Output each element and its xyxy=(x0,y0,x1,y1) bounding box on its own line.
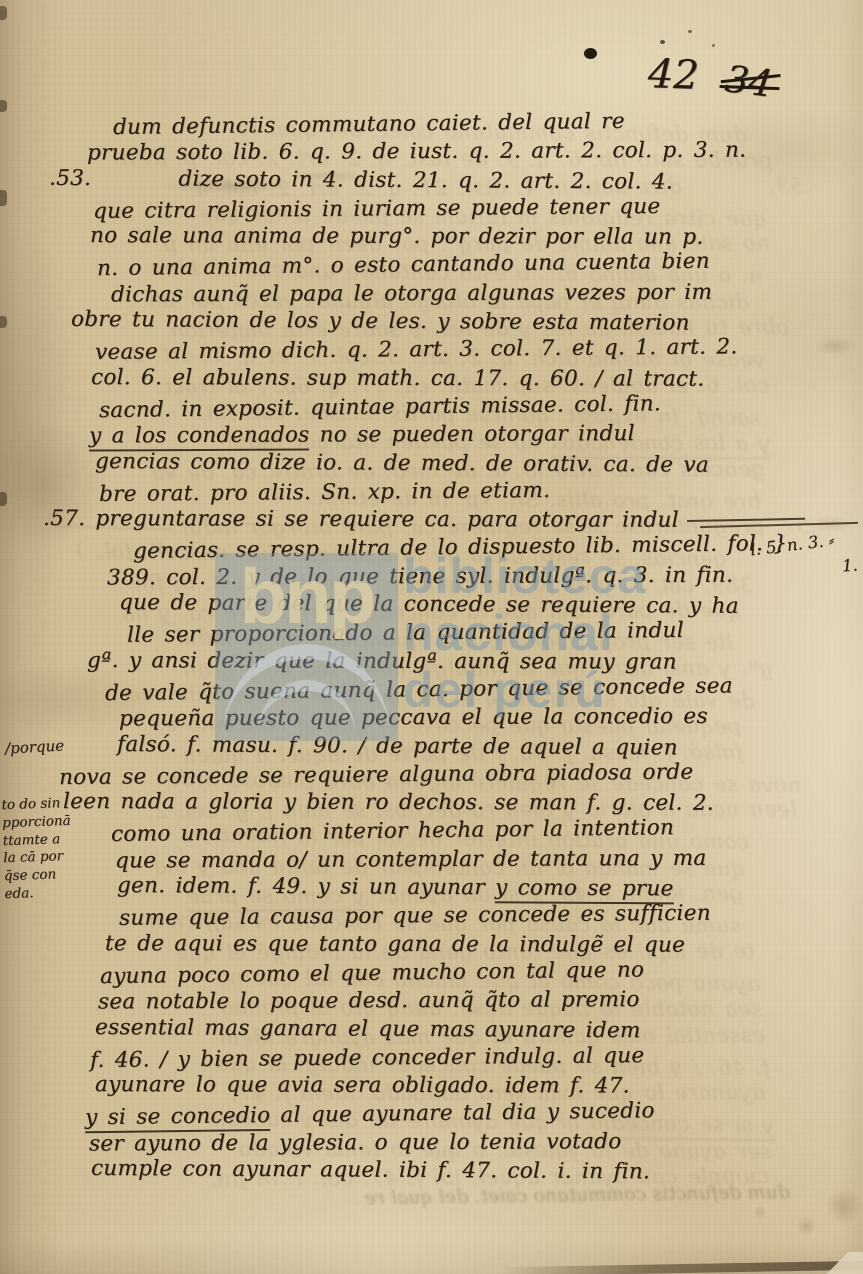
edge-mark xyxy=(0,316,7,328)
edge-mark xyxy=(0,492,7,506)
manuscript-page-photo: dum defunctis commutano caiet. del qual … xyxy=(0,0,863,1274)
edge-mark xyxy=(0,6,7,20)
folio-number-crossed-out: 34 xyxy=(722,57,774,105)
left-margin-note-line: pporcionā xyxy=(2,813,71,833)
manuscript-line: ser ayuno de la yglesia. o que lo tenia … xyxy=(89,1127,775,1158)
right-margin-reference: 1. xyxy=(841,555,858,575)
ink-speck xyxy=(660,40,665,44)
edge-mark xyxy=(0,190,7,206)
right-margin-references: l. 5̄. n. 3. ⸗1. xyxy=(750,534,858,575)
manuscript-line: vease al mismo dich. q. 2. art. 3. col. … xyxy=(95,333,775,367)
ink-speck xyxy=(712,44,715,47)
manuscript-line: sea notable lo poque desd. aunq̃ q̃to al… xyxy=(98,986,775,1017)
manuscript-line: que se manda o/ un contemplar de tanta u… xyxy=(115,844,775,875)
manuscript-line: que citra religionis in iuriam se puede … xyxy=(93,192,775,226)
manuscript-line: lle ser proporcionado a la quantidad de … xyxy=(127,617,775,651)
manuscript-line: prueba soto lib. 6. q. 9. de iust. q. 2.… xyxy=(87,137,775,168)
manuscript-line: pequeña puesto que peccava el que la con… xyxy=(119,703,775,734)
folio-number: 42 xyxy=(647,51,699,99)
ink-blot xyxy=(584,48,597,59)
handwritten-text-block: dum defunctis commutano caiet. del qual … xyxy=(85,110,775,1185)
left-margin-note-line: la cā por xyxy=(3,848,72,868)
left-margin-note: /porque xyxy=(5,736,65,757)
bleed-bottom-ghost: dum defunctis commutano caiet. del qual … xyxy=(360,1180,791,1238)
manuscript-line: cumple con ayunar aquel. ibi f. 47. col.… xyxy=(91,1155,775,1187)
ink-speck xyxy=(688,30,692,33)
manuscript-line: bre orat. pro aliis. Sn. xp. in de etiam… xyxy=(99,475,775,509)
manuscript-line: sume que la causa por que se concede es … xyxy=(119,899,775,933)
left-margin-note-line: eda. xyxy=(4,884,73,904)
manuscript-line: f. 46. / y bien se puede conceder indulg… xyxy=(90,1041,775,1075)
manuscript-line: y a los condenados no se pueden otorgar … xyxy=(89,420,775,451)
edge-mark xyxy=(0,100,7,112)
manuscript-line: dichas aunq̃ el papa le otorga algunas v… xyxy=(111,278,775,309)
folio-numbers: 42 34 xyxy=(648,52,773,98)
left-margin-note-line: to do sin xyxy=(1,795,70,815)
manuscript-line: nova se concede se requiere alguna obra … xyxy=(59,758,775,793)
manuscript-line: 389. col. 2. y de lo que tiene syl. indu… xyxy=(107,561,775,592)
left-margin-note-block: to do sinpporcionāttamte ala cā porq̄se … xyxy=(1,795,73,904)
page-edge-shadow xyxy=(500,1261,863,1274)
page-corner xyxy=(823,1252,863,1274)
